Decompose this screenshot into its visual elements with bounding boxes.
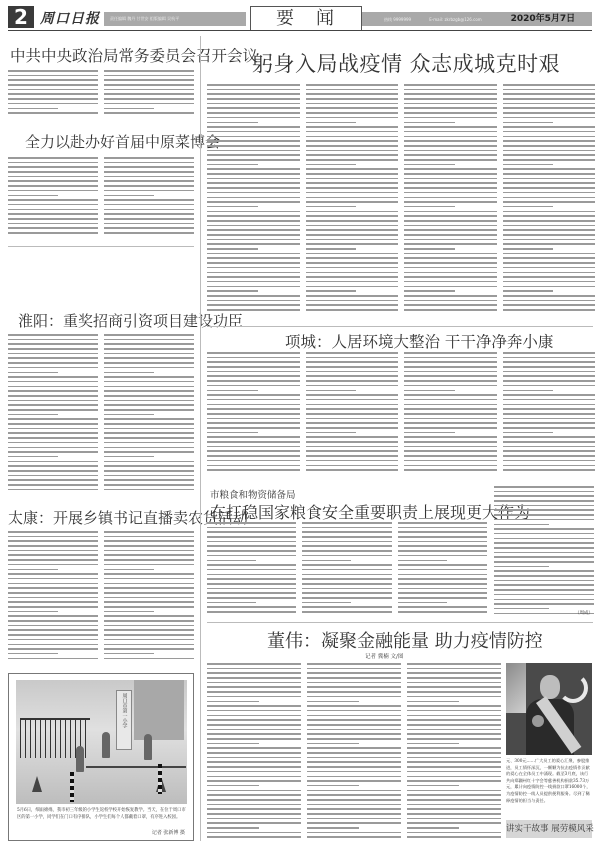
text-column	[407, 663, 501, 841]
column-divider	[200, 36, 201, 841]
article-body-dongwei	[207, 663, 501, 841]
divider	[207, 326, 593, 327]
headline-lead-story: 躬身入局战疫情 众志成城克时艰	[252, 48, 560, 78]
article-body-huaiyang	[8, 334, 194, 498]
hammer-sickle-emblem	[558, 673, 588, 703]
article-body-lead-story	[207, 84, 595, 320]
text-column	[104, 157, 194, 239]
text-column	[207, 522, 296, 618]
text-column	[8, 157, 98, 239]
text-column	[503, 84, 596, 320]
text-column	[404, 352, 497, 478]
article-body-taikang	[8, 531, 194, 665]
signoff-grain: （周成）	[575, 610, 593, 616]
text-column	[207, 352, 300, 478]
kicker-grain: 市粮食和物资储备局	[210, 487, 296, 501]
text-column	[207, 663, 301, 841]
divider	[8, 246, 194, 247]
masthead: 2 周口日报 责任编辑 魏丹 甘世安 组版编辑 吴杭平 要闻 热线 999999…	[8, 6, 592, 30]
text-column	[207, 84, 300, 320]
headline-dongwei: 董伟：凝聚金融能量 助力疫情防控	[267, 627, 543, 653]
photo-image: 周口市第一小学	[16, 680, 187, 804]
headline-xiangcheng: 项城：人居环境大整治 干干净净奔小康	[285, 330, 553, 352]
traffic-cone	[32, 776, 42, 792]
text-column	[104, 70, 194, 118]
info-bar: 热线 9999999 E-mail: zkrbzgb@126.com 2020年…	[362, 12, 592, 26]
headline-grain: 在扛稳国家粮食安全重要职责上展现更大作为	[210, 500, 530, 523]
text-column	[503, 352, 596, 478]
article-body-politburo	[8, 70, 194, 118]
hotline: 热线 9999999	[384, 13, 428, 27]
text-column	[8, 334, 98, 498]
article-body-grain-right	[494, 486, 594, 618]
email: E-mail: zkrbzgb@126.com	[429, 13, 509, 27]
editors-bar: 责任编辑 魏丹 甘世安 组版编辑 吴杭平	[104, 12, 246, 26]
article-body-cuisine-expo	[8, 157, 194, 239]
text-column	[494, 486, 594, 618]
text-column	[302, 522, 391, 618]
text-column	[398, 522, 487, 618]
page-number: 2	[8, 6, 34, 28]
byline-dongwei: 记者 冀楠 文/图	[365, 652, 403, 660]
red-flower	[532, 715, 544, 727]
section-title: 要闻	[250, 6, 362, 30]
masthead-rule	[8, 30, 592, 31]
dongwei-portrait-photo	[506, 663, 592, 755]
text-column	[104, 531, 194, 665]
paper-name-logo: 周口日报	[40, 8, 100, 28]
issue-date: 2020年5月7日	[511, 14, 576, 24]
text-column	[306, 352, 399, 478]
text-column	[404, 84, 497, 320]
text-column	[104, 334, 194, 498]
flag	[506, 663, 526, 713]
headline-cuisine-expo: 全力以赴办好首届中原菜博会	[25, 131, 220, 152]
divider	[207, 622, 593, 623]
text-column	[8, 70, 98, 118]
photo-credit: 记者 张新博 摄	[152, 829, 185, 836]
text-column	[8, 531, 98, 665]
headline-politburo: 中共中央政治局常务委员会召开会议	[10, 44, 258, 66]
photo-caption: 5月6日，细雨绵绵，我市初三年级的小学生返校学校开始恢复教学。当天，在位于周口市…	[17, 808, 187, 821]
article-body-grain	[207, 522, 487, 618]
dongwei-caption: 元、300元……广大员工的爱心汇聚，参股推进，员工情怀深沉，一颗颗为抗击疫情作贡…	[506, 758, 592, 804]
school-gate-sign: 周口市第一小学	[116, 690, 132, 750]
school-reopening-photo: 周口市第一小学 5月6日，细雨绵绵，我市初三年级的小学生返校学校开始恢复教学。当…	[8, 673, 194, 841]
article-body-xiangcheng	[207, 352, 595, 478]
text-column	[306, 84, 399, 320]
text-column	[307, 663, 401, 841]
promo-banner: 讲实干故事 展劳模风采	[506, 820, 592, 838]
